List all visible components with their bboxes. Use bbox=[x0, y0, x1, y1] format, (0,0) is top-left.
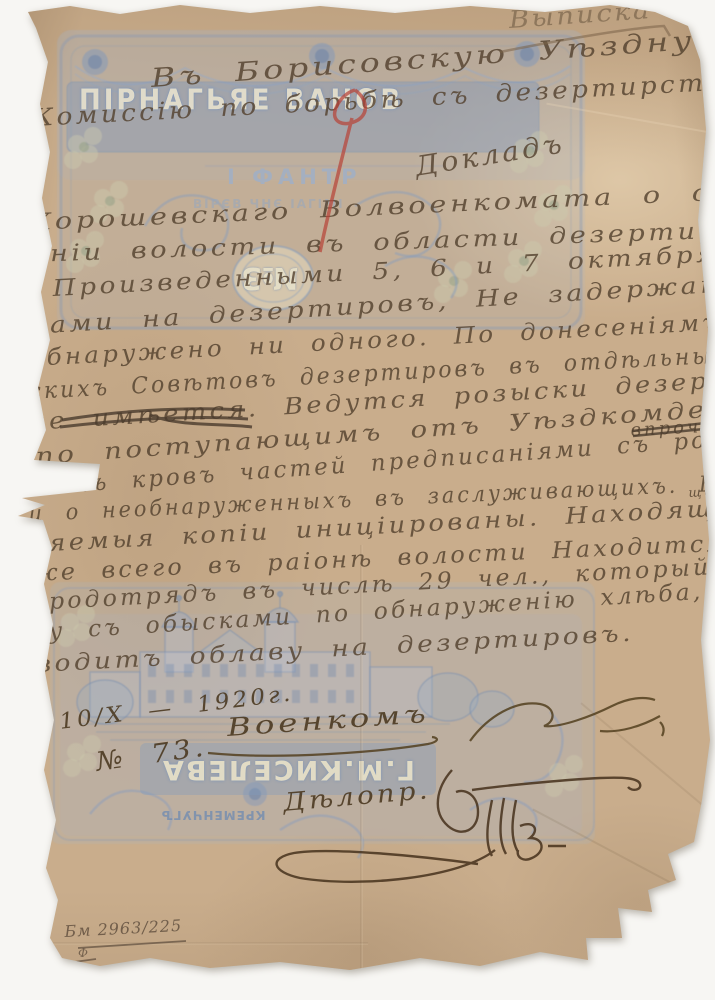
paper-sheet: ПІРНАГЬЯЕ ВАНОВ І ФАНТР ВІРЄВ ЧНЄ ІАГІМІ… bbox=[0, 0, 715, 1000]
aged-paper: ПІРНАГЬЯЕ ВАНОВ І ФАНТР ВІРЄВ ЧНЄ ІАГІМІ… bbox=[0, 0, 715, 1000]
crease-diagonal bbox=[580, 702, 715, 819]
archivist-note: Выписка bbox=[508, 0, 652, 34]
document-number: № 73. bbox=[94, 733, 208, 778]
crease-diagonal bbox=[546, 103, 715, 140]
clerk-title: Дѣлопр. bbox=[282, 775, 432, 817]
crease-diagonal bbox=[532, 808, 715, 913]
watermark-city-name: КРЕМЕНЧУГЪ bbox=[158, 808, 268, 822]
corner-squiggle bbox=[8, 34, 18, 66]
watermark-weight-line: І ФАНТР bbox=[227, 165, 362, 189]
scanned-document: ПІРНАГЬЯЕ ВАНОВ І ФАНТР ВІРЄВ ЧНЄ ІАГІМІ… bbox=[0, 0, 715, 1000]
underline-stroke bbox=[74, 941, 186, 962]
fold-crease-horizontal bbox=[48, 942, 368, 945]
document-title: Докладъ bbox=[413, 128, 567, 182]
archive-number: Бм 2963/225 bbox=[64, 916, 183, 941]
archive-mark: Ф bbox=[78, 946, 88, 960]
